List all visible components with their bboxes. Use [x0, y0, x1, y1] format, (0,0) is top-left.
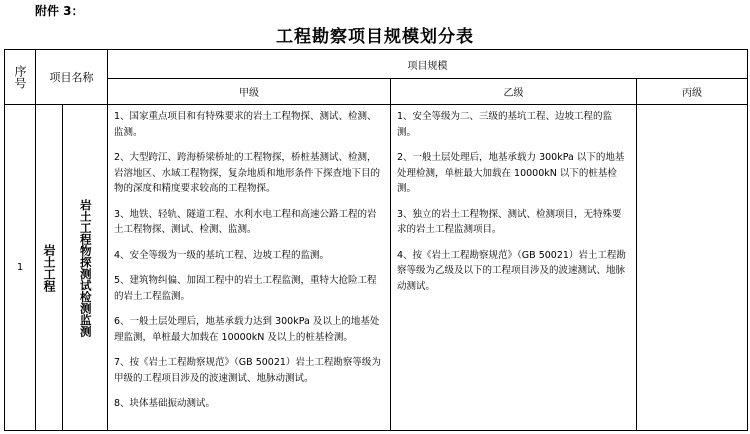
grade-a-item: 3、地铁、轻轨、隧道工程、水利水电工程和高速公路工程的岩土工程物探、测试、检测、… — [114, 207, 385, 238]
attachment-label: 附件 3： — [35, 2, 84, 19]
grade-b-item: 3、独立的岩土工程物探、测试、检测项目，无特殊要求的岩土工程监测项目。 — [397, 207, 631, 238]
header-serial: 序号 — [4, 49, 36, 105]
grade-a-item: 8、块体基础振动测试。 — [114, 396, 385, 412]
document-title: 工程勘察项目规模划分表 — [0, 22, 750, 47]
header-grade-a: 甲级 — [107, 78, 391, 105]
grade-a-item: 6、一般土层处理后，地基承载力达到 300kPa 及以上的地基处理监测，单桩最大… — [114, 314, 385, 345]
grade-b-content: 1、安全等级为二、三级的基坑工程、边坡工程的监测。 2、一般土层处理后，地基承载… — [390, 104, 637, 431]
row-serial: 1 — [4, 104, 36, 431]
row-category-label: 岩土工程 — [43, 244, 55, 292]
header-project-name: 项目名称 — [35, 49, 108, 105]
row-serial-value: 1 — [17, 262, 23, 273]
row-subcategory: 岩土工程物探测试检测监测 — [62, 104, 108, 431]
grade-a-item: 1、国家重点项目和有特殊要求的岩土工程物探、测试、检测、监测。 — [114, 109, 385, 140]
grade-b-item: 1、安全等级为二、三级的基坑工程、边坡工程的监测。 — [397, 109, 631, 140]
grade-b-item: 2、一般土层处理后，地基承载力 300kPa 以下的地基处理检测，单桩最大加载在… — [397, 150, 631, 197]
row-subcategory-label: 岩土工程物探测试检测监测 — [79, 199, 91, 337]
header-grade-c-label: 丙级 — [682, 84, 702, 99]
header-project-scale-label: 项目规模 — [408, 57, 448, 72]
grade-a-item: 5、建筑物纠偏、加固工程中的岩土工程监测，重特大抢险工程的岩土工程监测。 — [114, 273, 385, 304]
grade-a-item: 7、按《岩土工程勘察规范》（GB 50021）岩土工程勘察等级为甲级的工程项目涉… — [114, 355, 385, 386]
header-grade-b: 乙级 — [390, 78, 637, 105]
grade-b-item: 4、按《岩土工程勘察规范》（GB 50021）岩土工程勘察等级为乙级及以下的工程… — [397, 248, 631, 295]
header-grade-b-label: 乙级 — [504, 84, 524, 99]
grade-a-item: 2、大型跨江、跨海桥梁桥址的工程物探，桥桩基测试、检测，岩溶地区、水域工程物探，… — [114, 150, 385, 197]
header-grade-c: 丙级 — [636, 78, 748, 105]
row-category: 岩土工程 — [35, 104, 63, 431]
header-grade-a-label: 甲级 — [239, 84, 259, 99]
header-project-scale: 项目规模 — [107, 49, 748, 79]
header-project-name-label: 项目名称 — [50, 69, 94, 85]
grade-a-content: 1、国家重点项目和有特殊要求的岩土工程物探、测试、检测、监测。 2、大型跨江、跨… — [107, 104, 391, 431]
grade-a-item: 4、安全等级为一级的基坑工程、边坡工程的监测。 — [114, 248, 385, 264]
header-serial-label: 序号 — [14, 65, 26, 89]
grade-c-content — [636, 104, 748, 431]
